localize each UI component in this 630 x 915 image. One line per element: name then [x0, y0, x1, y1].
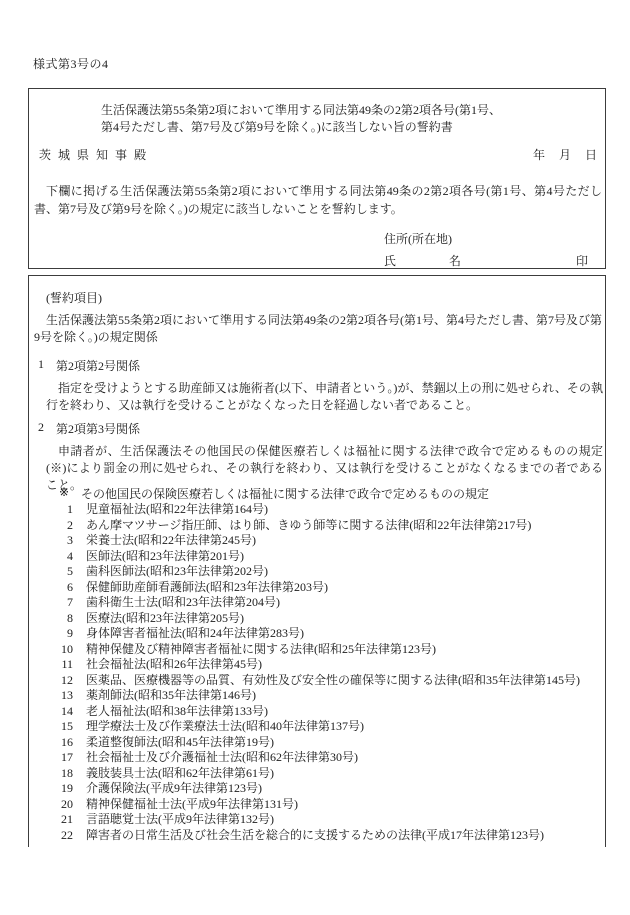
law-item: 15理学療法士及び作業療法士法(昭和40年法律第137号) — [29, 719, 607, 735]
law-number: 18 — [29, 766, 73, 782]
law-item: 1児童福祉法(昭和22年法律第164号) — [29, 502, 607, 518]
law-item: 22障害者の日常生活及び社会生活を総合的に支援するための法律(平成17年法律第1… — [29, 828, 607, 844]
law-number: 13 — [29, 688, 73, 704]
law-item: 18義肢装具士法(昭和62年法律第61号) — [29, 766, 607, 782]
form-page: { "document": { "form_number": "様式第3号の4"… — [0, 0, 630, 915]
section-2-heading: 2 第2項第3号関係 — [38, 420, 140, 437]
law-number: 6 — [29, 580, 73, 596]
law-item: 20精神保健福祉士法(平成9年法律第131号) — [29, 797, 607, 813]
pledge-title: 生活保護法第55条第2項において準用する同法第49条の2第2項各号(第1号、 第… — [101, 102, 501, 136]
law-number: 11 — [29, 657, 73, 673]
law-item: 12医薬品、医療機器等の品質、有効性及び安全性の確保等に関する法律(昭和35年法… — [29, 673, 607, 689]
law-number: 5 — [29, 564, 73, 580]
law-item: 16柔道整復師法(昭和45年法律第19号) — [29, 735, 607, 751]
law-item: 10精神保健及び精神障害者福祉に関する法律(昭和25年法律第123号) — [29, 642, 607, 658]
law-name: あん摩マツサージ指圧師、はり師、きゆう師等に関する法律(昭和22年法律第217号… — [86, 518, 531, 534]
section-1-heading: 1 第2項第2号関係 — [38, 357, 140, 374]
name-label: 氏 名 — [384, 252, 461, 269]
section-2-number: 2 — [38, 420, 47, 437]
law-number: 1 — [29, 502, 73, 518]
law-name: 薬剤師法(昭和35年法律第146号) — [86, 688, 256, 704]
law-name: 歯科衛生士法(昭和23年法律第204号) — [86, 595, 280, 611]
law-name: 精神保健福祉士法(平成9年法律第131号) — [86, 797, 298, 813]
law-item: 5歯科医師法(昭和23年法律第202号) — [29, 564, 607, 580]
section-1-body: 指定を受けようとする助産師又は施術者(以下、申請者という。)が、禁錮以上の刑に処… — [46, 380, 603, 414]
pledge-title-line1: 生活保護法第55条第2項において準用する同法第49条の2第2項各号(第1号、 — [101, 102, 501, 119]
law-item: 2あん摩マツサージ指圧師、はり師、きゆう師等に関する法律(昭和22年法律第217… — [29, 518, 607, 534]
form-number: 様式第3号の4 — [33, 55, 109, 72]
law-number: 4 — [29, 549, 73, 565]
law-name: 障害者の日常生活及び社会生活を総合的に支援するための法律(平成17年法律第123… — [86, 828, 544, 844]
law-name: 身体障害者福祉法(昭和24年法律第283号) — [86, 626, 304, 642]
law-name: 柔道整復師法(昭和45年法律第19号) — [86, 735, 274, 751]
law-number: 12 — [29, 673, 73, 689]
section-1-title: 第2項第2号関係 — [56, 357, 140, 374]
law-name: 医師法(昭和23年法律第201号) — [86, 549, 244, 565]
law-name: 言語聴覚士法(平成9年法律第132号) — [86, 812, 274, 828]
law-item: 8医療法(昭和23年法律第205号) — [29, 611, 607, 627]
terms-box: (誓約項目) 生活保護法第55条第2項において準用する同法第49条の2第2項各号… — [28, 275, 606, 847]
law-item: 13薬剤師法(昭和35年法律第146号) — [29, 688, 607, 704]
note-text: その他国民の保険医療若しくは福祉に関する法律で政令で定めるものの規定 — [81, 485, 489, 502]
note-line: ※ その他国民の保険医療若しくは福祉に関する法律で政令で定めるものの規定 — [59, 485, 489, 502]
law-item: 9身体障害者福祉法(昭和24年法律第283号) — [29, 626, 607, 642]
reference-mark: ※ — [59, 485, 73, 502]
law-name: 栄養士法(昭和22年法律第245号) — [86, 533, 256, 549]
pledge-title-line2: 第4号ただし書、第7号及び第9号を除く。)に該当しない旨の誓約書 — [101, 119, 501, 136]
law-number: 14 — [29, 704, 73, 720]
date-line: 年 月 日 — [533, 146, 597, 163]
year-label: 年 — [533, 146, 545, 163]
law-item: 6保健師助産師看護師法(昭和23年法律第203号) — [29, 580, 607, 596]
law-number: 2 — [29, 518, 73, 534]
law-item: 19介護保険法(平成9年法律第123号) — [29, 781, 607, 797]
law-name: 医薬品、医療機器等の品質、有効性及び安全性の確保等に関する法律(昭和35年法律第… — [86, 673, 580, 689]
terms-heading: (誓約項目) — [46, 289, 102, 306]
law-number: 9 — [29, 626, 73, 642]
law-name: 歯科医師法(昭和23年法律第202号) — [86, 564, 268, 580]
seal-label: 印 — [576, 252, 588, 269]
law-number: 17 — [29, 750, 73, 766]
law-name: 社会福祉士及び介護福祉士法(昭和62年法律第30号) — [86, 750, 358, 766]
law-name: 保健師助産師看護師法(昭和23年法律第203号) — [86, 580, 328, 596]
law-item: 17社会福祉士及び介護福祉士法(昭和62年法律第30号) — [29, 750, 607, 766]
law-item: 4医師法(昭和23年法律第201号) — [29, 549, 607, 565]
law-number: 20 — [29, 797, 73, 813]
month-label: 月 — [559, 146, 571, 163]
address-label: 住所(所在地) — [384, 230, 452, 247]
law-name: 老人福祉法(昭和38年法律第133号) — [86, 704, 268, 720]
law-number: 15 — [29, 719, 73, 735]
law-name: 精神保健及び精神障害者福祉に関する法律(昭和25年法律第123号) — [86, 642, 436, 658]
name-label-right: 名 — [449, 252, 461, 269]
law-name: 医療法(昭和23年法律第205号) — [86, 611, 244, 627]
terms-preamble: 生活保護法第55条第2項において準用する同法第49条の2第2項各号(第1号、第4… — [34, 312, 602, 346]
law-item: 7歯科衛生士法(昭和23年法律第204号) — [29, 595, 607, 611]
law-number: 3 — [29, 533, 73, 549]
law-number: 7 — [29, 595, 73, 611]
law-name: 義肢装具士法(昭和62年法律第61号) — [86, 766, 274, 782]
pledge-box: 生活保護法第55条第2項において準用する同法第49条の2第2項各号(第1号、 第… — [28, 88, 606, 269]
law-item: 14老人福祉法(昭和38年法律第133号) — [29, 704, 607, 720]
name-label-left: 氏 — [384, 252, 396, 269]
addressee: 茨城県知事殿 — [39, 146, 153, 163]
pledge-body: 下欄に掲げる生活保護法第55条第2項において準用する同法第49条の2第2項各号(… — [34, 183, 602, 218]
law-number: 10 — [29, 642, 73, 658]
law-number: 22 — [29, 828, 73, 844]
law-number: 8 — [29, 611, 73, 627]
law-list: 1児童福祉法(昭和22年法律第164号) 2あん摩マツサージ指圧師、はり師、きゆ… — [29, 502, 607, 843]
law-item: 11社会福祉法(昭和26年法律第45号) — [29, 657, 607, 673]
section-2-title: 第2項第3号関係 — [56, 420, 140, 437]
law-number: 19 — [29, 781, 73, 797]
section-1-number: 1 — [38, 357, 47, 374]
law-name: 社会福祉法(昭和26年法律第45号) — [86, 657, 262, 673]
law-number: 21 — [29, 812, 73, 828]
law-number: 16 — [29, 735, 73, 751]
law-item: 21言語聴覚士法(平成9年法律第132号) — [29, 812, 607, 828]
law-name: 介護保険法(平成9年法律第123号) — [86, 781, 262, 797]
day-label: 日 — [585, 146, 597, 163]
law-item: 3栄養士法(昭和22年法律第245号) — [29, 533, 607, 549]
law-name: 児童福祉法(昭和22年法律第164号) — [86, 502, 268, 518]
law-name: 理学療法士及び作業療法士法(昭和40年法律第137号) — [86, 719, 364, 735]
